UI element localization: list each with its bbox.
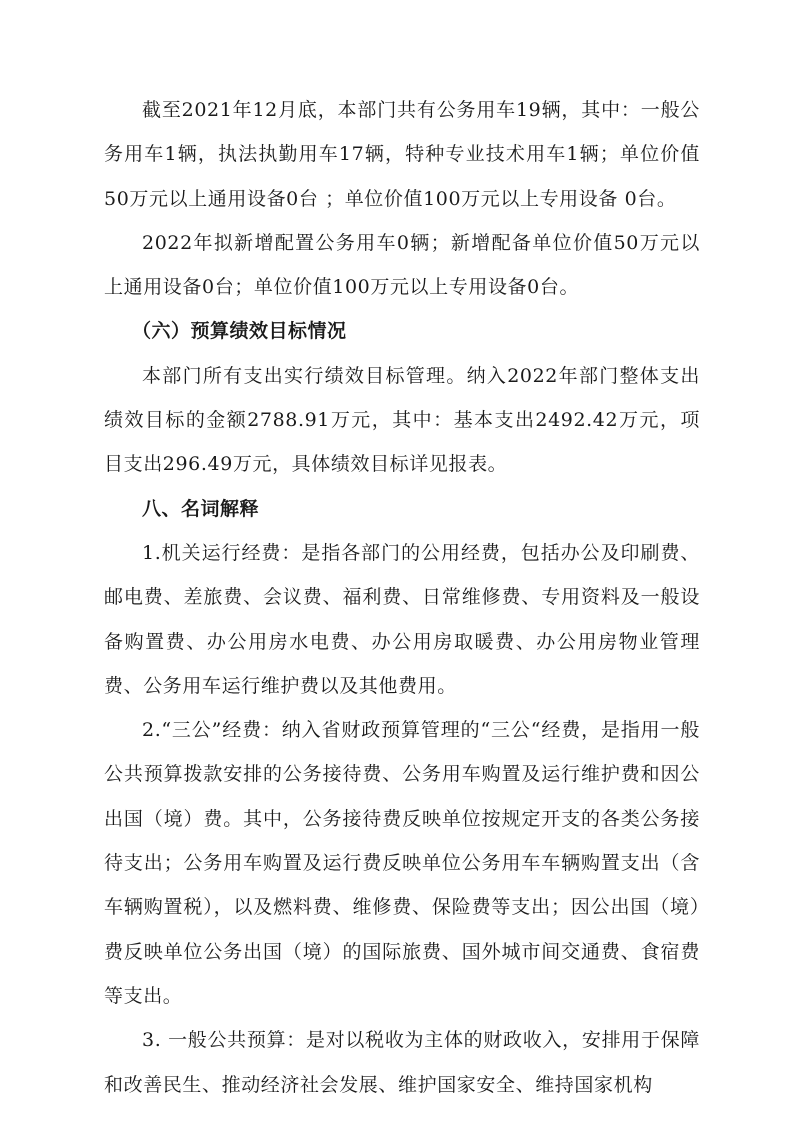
glossary-item-general-public-budget: 3. 一般公共预算：是对以税收为主体的财政收入，安排用于保障和改善民生、推动经济… (104, 1018, 700, 1107)
glossary-item-operating-expenses: 1.机关运行经费：是指各部门的公用经费，包括办公及印刷费、邮电费、差旅费、会议费… (104, 531, 700, 708)
glossary-item-three-public-expenses: 2.“三公”经费：纳入省财政预算管理的“三公“经费，是指用一般公共预算拨款安排的… (104, 708, 700, 1018)
performance-goals-paragraph: 本部门所有支出实行绩效目标管理。纳入2022年部门整体支出绩效目标的金额2788… (104, 354, 700, 487)
document-page: 截至2021年12月底，本部门共有公务用车19辆，其中：一般公务用车1辆，执法执… (104, 88, 700, 1107)
section-heading-glossary: 八、名词解释 (104, 487, 700, 531)
vehicle-inventory-paragraph: 截至2021年12月底，本部门共有公务用车19辆，其中：一般公务用车1辆，执法执… (104, 88, 700, 221)
section-heading-performance-goals: （六）预算绩效目标情况 (104, 309, 700, 353)
new-vehicle-plan-paragraph: 2022年拟新增配置公务用车0辆；新增配备单位价值50万元以上通用设备0台；单位… (104, 221, 700, 310)
